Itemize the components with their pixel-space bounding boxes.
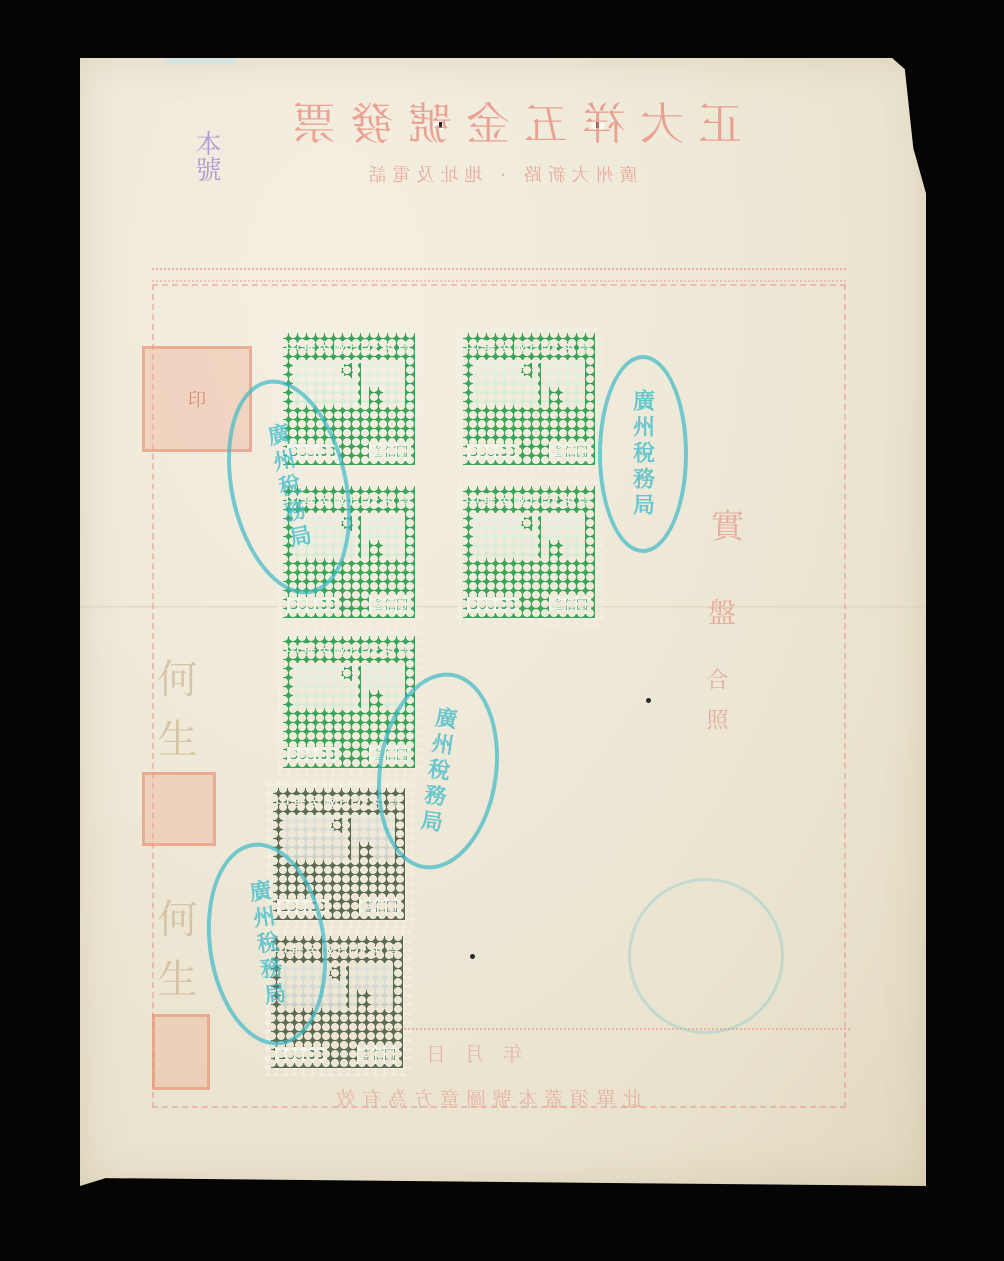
ship-train-plane-icon [473, 513, 585, 592]
faint-blue-seal [628, 878, 784, 1034]
label-pan: 盤 [700, 598, 740, 644]
stamp-value: 300.00 [467, 597, 519, 613]
stamp-value-chinese: 壹佰圓 [357, 1045, 399, 1064]
stamp-header: 中華民國印花稅票 [463, 486, 595, 513]
ornamental-border-top [152, 268, 846, 282]
stamp-value-chinese: 叁佰圓 [549, 442, 591, 461]
label-zhao: 照 [700, 708, 731, 748]
footer-note: 此單須蓋本號圖章方為有效 [330, 1083, 642, 1112]
stamp-value: 300.00 [467, 444, 519, 460]
tape-strip [166, 54, 236, 64]
handwritten-name-upper: 何生 [146, 658, 203, 778]
side-note: 本號 [188, 130, 225, 182]
stamp-value: 300.00 [287, 747, 339, 763]
document-title: 正大祥五金號發票 [230, 88, 790, 152]
document-subtitle: 廣州大新路 · 地址及電話 [260, 161, 740, 187]
stamp-value-chinese: 叁佰圓 [549, 595, 591, 614]
stamp-header: 中華民國印花稅票 [283, 636, 415, 663]
label-he: 合 [700, 668, 731, 708]
red-seal-lower [142, 772, 216, 846]
stamp-header: 中華民國印花稅票 [283, 333, 415, 360]
ink-spot [470, 954, 475, 959]
ornamental-border-bottom [380, 1028, 850, 1038]
cancellation-oval: 廣州稅務局 [598, 355, 688, 553]
revenue-stamp: 中華民國印花稅票 300.00 叁佰圓 [455, 478, 603, 626]
red-seal-bottom [152, 1014, 210, 1090]
ink-spot [646, 698, 651, 703]
stamp-header: 中華民國印花稅票 [463, 333, 595, 360]
date-line: 年 月 日 [420, 1038, 523, 1067]
seal-text: 印 [188, 386, 206, 412]
stamp-value: 300.00 [287, 597, 339, 613]
stamp-value-chinese: 叁佰圓 [369, 442, 411, 461]
handwritten-name-lower: 何生 [146, 898, 203, 1018]
stamp-value-chinese: 叁佰圓 [369, 595, 411, 614]
ship-train-plane-icon [473, 360, 585, 439]
stamp-value-chinese: 壹佰圓 [359, 897, 401, 916]
stamp-value: 100.00 [275, 1047, 327, 1063]
revenue-stamp: 中華民國印花稅票 300.00 叁佰圓 [455, 325, 603, 473]
label-shi: 實 [700, 508, 749, 560]
